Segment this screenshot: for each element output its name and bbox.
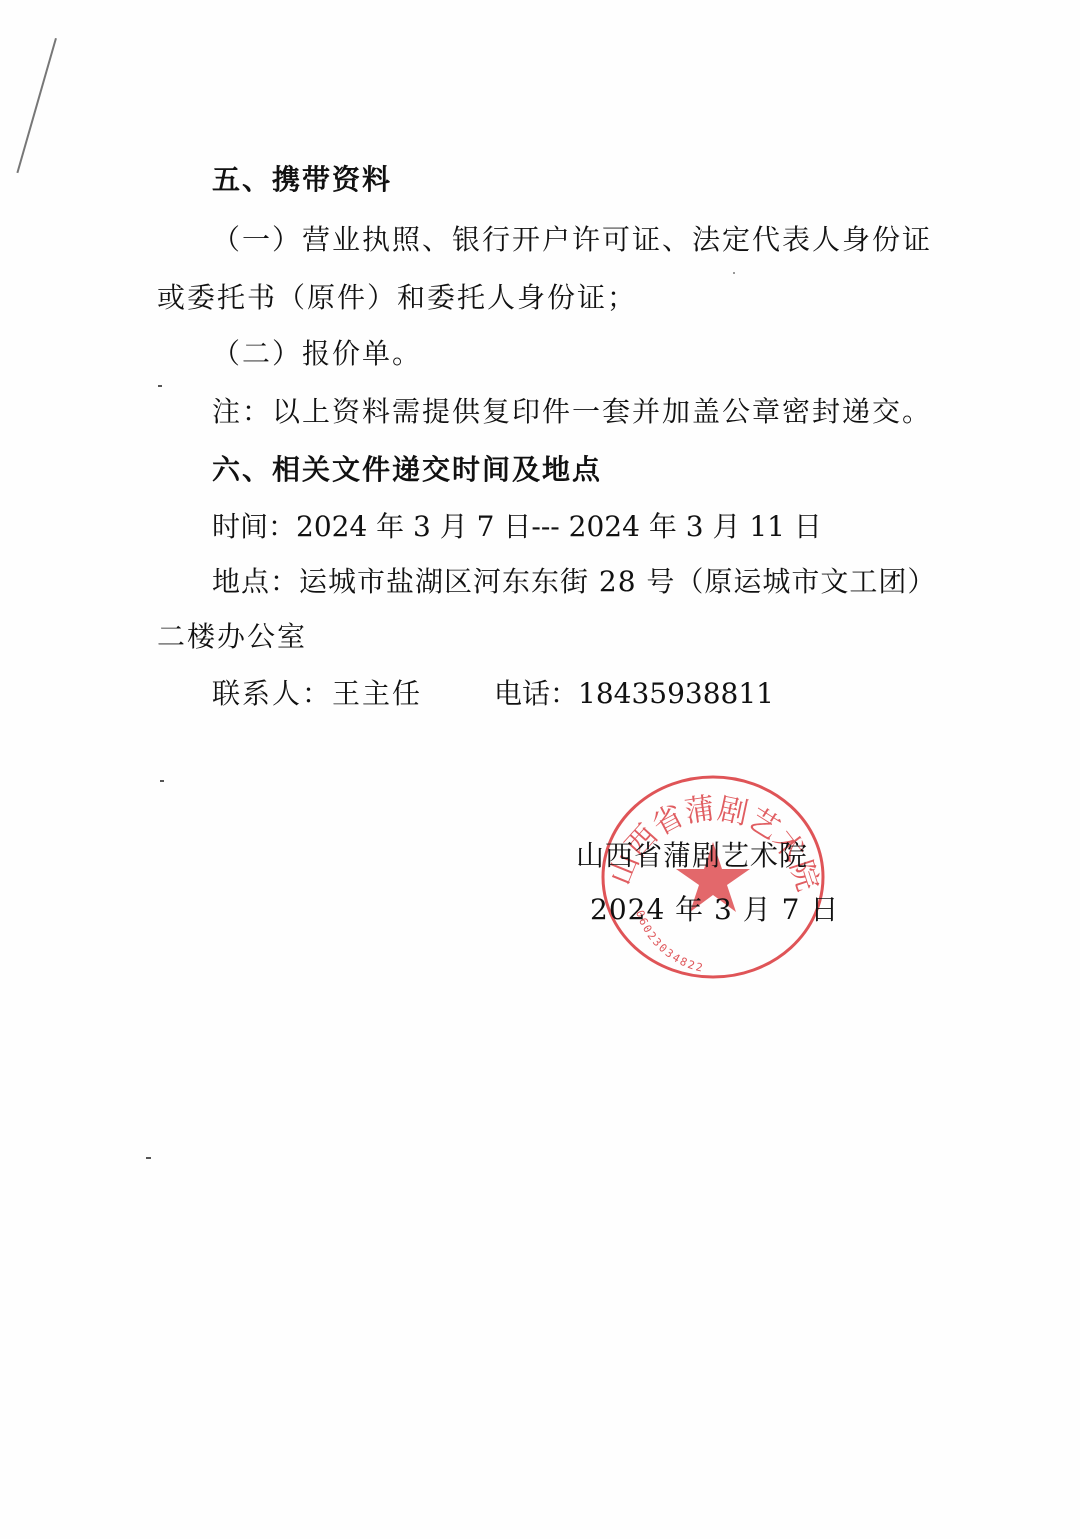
section-5-item-1-line-2: 或委托书（原件）和委托人身份证； — [157, 280, 637, 316]
scan-artifact-dot — [146, 1157, 151, 1159]
scan-artifact-line — [16, 38, 57, 173]
contact-phone: 电话：18435938811 — [494, 676, 774, 712]
scan-artifact-dot — [158, 385, 162, 387]
issue-date: 2024 年 3 月 7 日 — [590, 892, 839, 928]
submission-location-line-2: 二楼办公室 — [157, 619, 307, 655]
section-5-heading: 五、携带资料 — [212, 162, 392, 198]
section-5-item-2: （二）报价单。 — [212, 336, 422, 372]
official-seal-stamp: 山西省蒲剧艺术院 06023034822 — [598, 772, 828, 982]
section-5-item-1-line-1: （一）营业执照、银行开户许可证、法定代表人身份证 — [212, 222, 932, 258]
submission-location-line-1: 地点：运城市盐湖区河东东街 28 号（原运城市文工团） — [212, 564, 936, 600]
scan-artifact-dot — [733, 272, 735, 274]
submission-time: 时间：2024 年 3 月 7 日--- 2024 年 3 月 11 日 — [212, 509, 822, 545]
contact-person: 联系人：王主任 — [212, 676, 422, 712]
issuing-organization: 山西省蒲剧艺术院 — [576, 838, 808, 874]
scan-artifact-dot — [160, 780, 164, 782]
section-5-note: 注：以上资料需提供复印件一套并加盖公章密封递交。 — [212, 394, 932, 430]
document-page: 五、携带资料 （一）营业执照、银行开户许可证、法定代表人身份证 或委托书（原件）… — [0, 0, 1080, 1539]
section-6-heading: 六、相关文件递交时间及地点 — [212, 452, 602, 488]
